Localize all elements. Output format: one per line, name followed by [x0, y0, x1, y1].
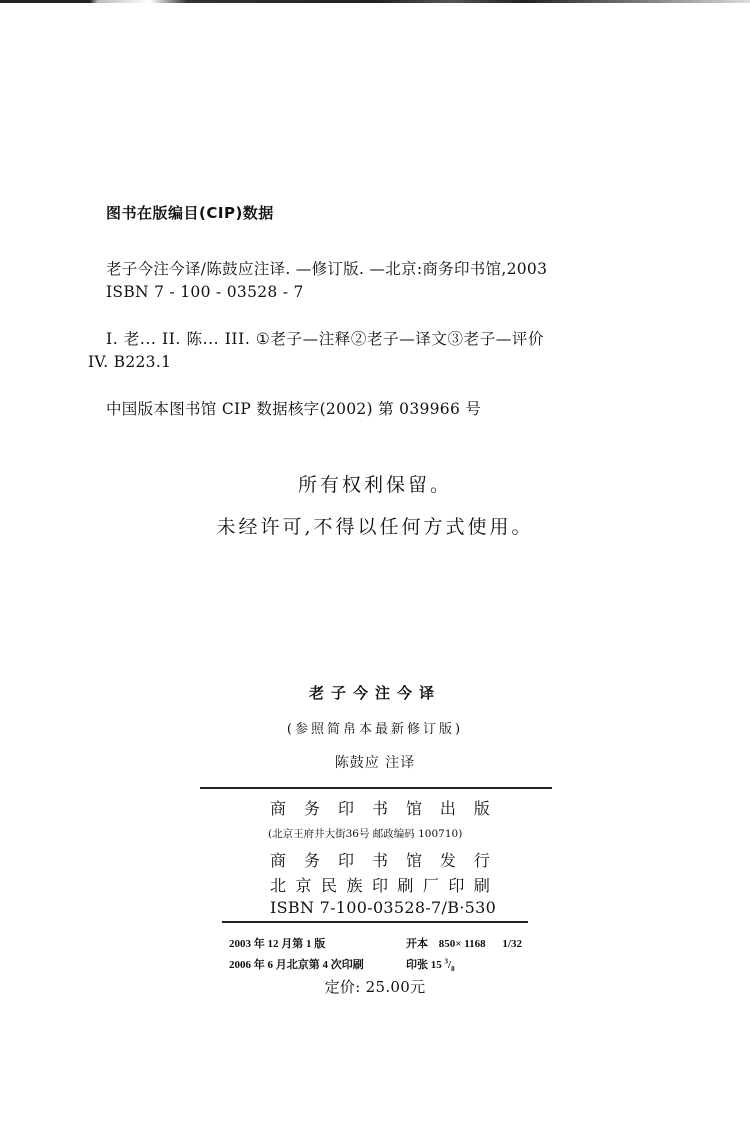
- distributor-char: 印: [338, 848, 354, 871]
- cip-classification-line: IV. B223.1: [88, 353, 171, 371]
- colophon-bottom-rule: [222, 921, 528, 923]
- distributor-char: 商: [270, 848, 286, 871]
- publisher-char: 务: [304, 796, 320, 819]
- book-author: 陈鼓应 注译: [0, 752, 750, 772]
- printer-char: 族: [346, 873, 362, 896]
- printer-char: 刷: [474, 873, 490, 896]
- colophon-address: (北京王府井大街36号 邮政编码 100710): [268, 826, 462, 841]
- format-size: 850× 1168: [439, 938, 486, 950]
- rights-notice: 未经许可,不得以任何方式使用。: [0, 512, 750, 539]
- publisher-char: 书: [372, 796, 388, 819]
- sheets-denominator: 8: [451, 965, 455, 973]
- edition-first: 2003 年 12 月第 1 版: [229, 935, 325, 951]
- cip-subject-line: I. 老... II. 陈... III. ①老子—注释②老子—译文③老子—评价: [106, 327, 544, 349]
- cip-heading: 图书在版编目(CIP)数据: [106, 202, 274, 223]
- sheets-numerator: 3: [445, 957, 449, 965]
- colophon-isbn: ISBN 7-100-03528-7/B·530: [270, 898, 496, 917]
- cip-title-line: 老子今注今译/陈鼓应注译. —修订版. —北京:商务印书馆,2003: [106, 257, 547, 279]
- edition-format: 开本 850× 1168 1/32: [406, 935, 522, 951]
- printer-char: 京: [295, 873, 311, 896]
- publisher-char: 印: [338, 796, 354, 819]
- sheets-whole: 15: [431, 959, 442, 971]
- printer-char: 印: [372, 873, 388, 896]
- edition-sheets: 印张 15 3/8: [406, 956, 455, 973]
- page-top-edge: [0, 0, 750, 3]
- distributor-char: 行: [474, 848, 490, 871]
- edition-printing: 2006 年 6 月北京第 4 次印刷: [229, 956, 364, 972]
- colophon-distributor: 商 务 印 书 馆 发 行: [270, 848, 490, 871]
- publisher-char: 馆: [406, 796, 422, 819]
- printer-char: 刷: [397, 873, 413, 896]
- cip-record-number-line: 中国版本图书馆 CIP 数据核字(2002) 第 039966 号: [106, 397, 481, 419]
- publisher-char: 商: [270, 796, 286, 819]
- distributor-char: 书: [372, 848, 388, 871]
- colophon-publisher: 商 务 印 书 馆 出 版: [270, 796, 490, 819]
- printer-char: 印: [448, 873, 464, 896]
- printer-char: 厂: [423, 873, 439, 896]
- distributor-char: 务: [304, 848, 320, 871]
- cip-isbn-line: ISBN 7 - 100 - 03528 - 7: [106, 283, 304, 301]
- printer-char: 民: [321, 873, 337, 896]
- format-label: 开本: [406, 938, 428, 950]
- colophon-printer: 北 京 民 族 印 刷 厂 印 刷: [270, 873, 490, 896]
- book-subtitle: (参照简帛本最新修订版): [0, 718, 750, 737]
- colophon-top-rule: [200, 787, 552, 789]
- printer-char: 北: [270, 873, 286, 896]
- book-title: 老子今注今译: [0, 682, 750, 703]
- distributor-char: 发: [440, 848, 456, 871]
- rights-reserved: 所有权利保留。: [0, 470, 750, 497]
- distributor-char: 馆: [406, 848, 422, 871]
- format-fraction: 1/32: [502, 938, 522, 950]
- publisher-char: 出: [440, 796, 456, 819]
- sheets-label: 印张: [406, 959, 428, 971]
- publisher-char: 版: [474, 796, 490, 819]
- price: 定价: 25.00元: [0, 976, 750, 997]
